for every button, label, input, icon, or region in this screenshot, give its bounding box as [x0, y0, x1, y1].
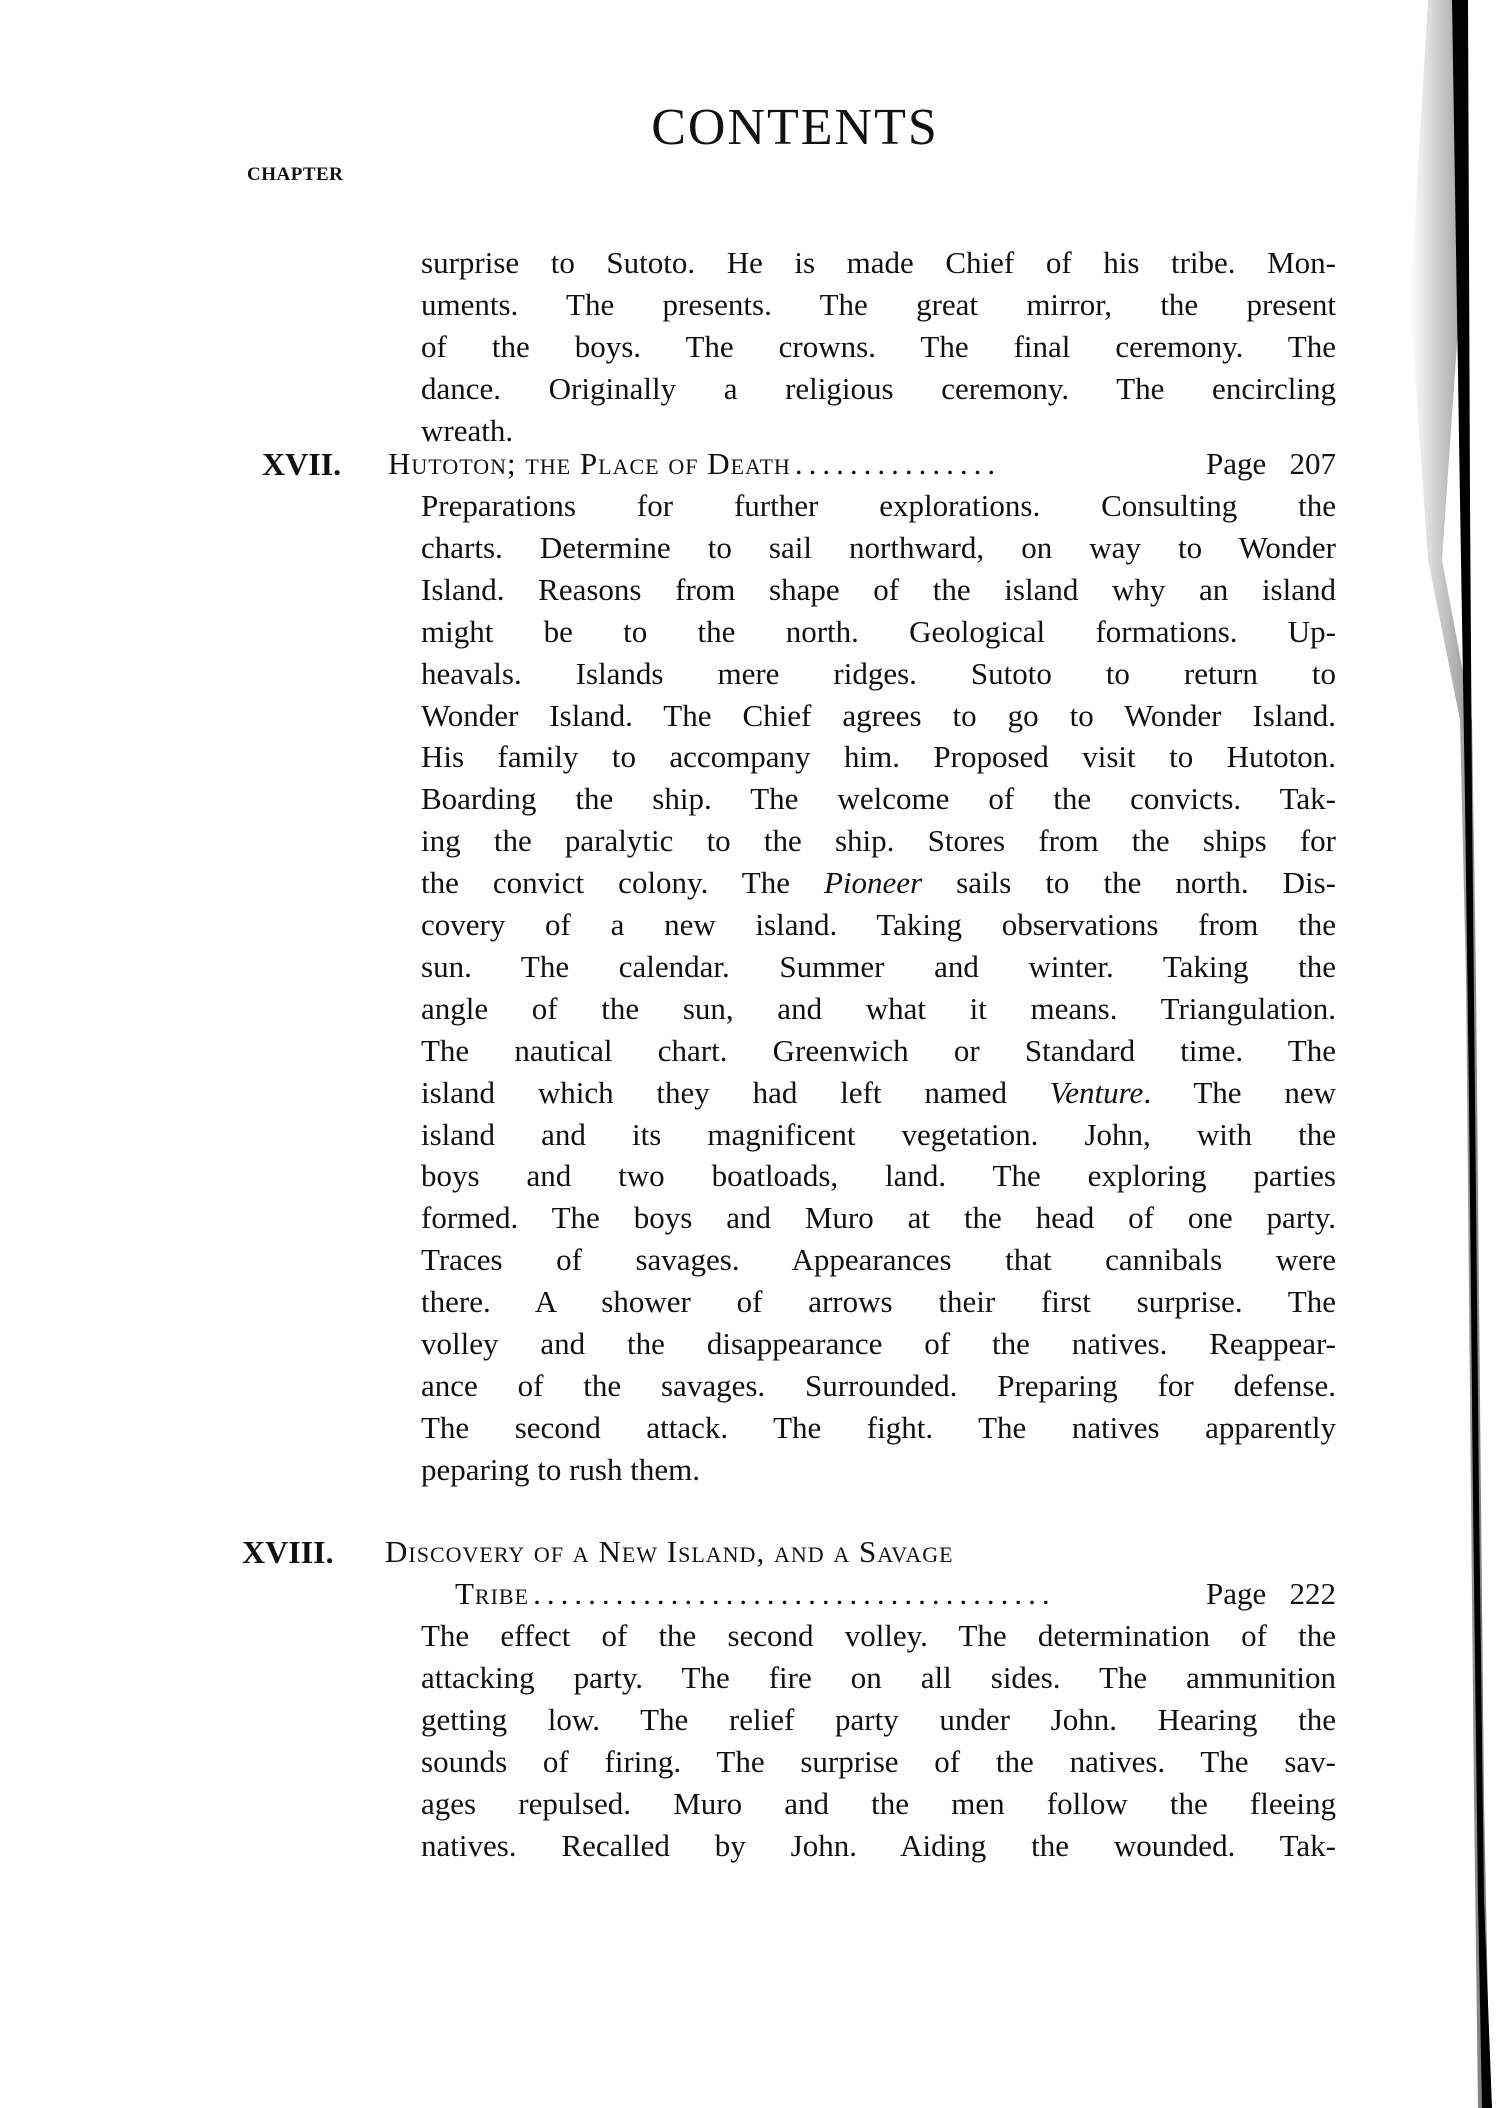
summary-line: ing the paralytic to the ship. Stores fr…: [421, 820, 1336, 862]
summary-line: Traces of savages. Appearances that cann…: [421, 1239, 1336, 1281]
chapter-numeral: XVIII.: [242, 1531, 334, 1573]
chapter-title: Hutoton; the Place of Death: [388, 443, 791, 485]
summary-line: Island. Reasons from shape of the island…: [421, 569, 1336, 611]
binding-shadow: [1380, 0, 1510, 2108]
summary-line: Boarding the ship. The welcome of the co…: [421, 778, 1336, 820]
summary-line: dance. Originally a religious ceremony. …: [421, 368, 1336, 410]
summary-line: charts. Determine to sail northward, on …: [421, 527, 1336, 569]
summary-line: The second attack. The fight. The native…: [421, 1407, 1336, 1449]
chapter-column-label: CHAPTER: [247, 163, 343, 187]
summary-line: formed. The boys and Muro at the head of…: [421, 1197, 1336, 1239]
dot-leader: ......................................: [533, 1573, 1202, 1615]
summary-line: volley and the disappearance of the nati…: [421, 1323, 1336, 1365]
chapter-heading-line-1: Discovery of a New Island, and a Savage: [385, 1531, 1285, 1573]
summary-line: ages repulsed. Muro and the men follow t…: [421, 1783, 1336, 1825]
chapter-heading-line-2: Tribe ..................................…: [455, 1573, 1336, 1615]
summary-line: Preparations for further explorations. C…: [421, 485, 1336, 527]
summary-line: sounds of firing. The surprise of the na…: [421, 1741, 1336, 1783]
summary-line: The nautical chart. Greenwich or Standar…: [421, 1030, 1336, 1072]
italic-ship-name: Venture: [1050, 1075, 1144, 1110]
page-number: 207: [1290, 446, 1337, 481]
summary-line: His family to accompany him. Proposed vi…: [421, 736, 1336, 778]
page-number: 222: [1290, 1576, 1337, 1611]
summary-line: there. A shower of arrows their first su…: [421, 1281, 1336, 1323]
summary-line: peparing to rush them.: [421, 1449, 1336, 1491]
summary-line: natives. Recalled by John. Aiding the wo…: [421, 1825, 1336, 1867]
page-reference: Page 207: [1206, 443, 1336, 485]
chapter-heading: Hutoton; the Place of Death ............…: [388, 443, 1336, 485]
chapter-title-continued: Tribe: [455, 1573, 529, 1615]
summary-line: might be to the north. Geological format…: [421, 611, 1336, 653]
summary-line: Wonder Island. The Chief agrees to go to…: [421, 695, 1336, 737]
page-reference: Page 222: [1206, 1573, 1336, 1615]
summary-line: covery of a new island. Taking observati…: [421, 904, 1336, 946]
summary-line: island which they had left named Venture…: [421, 1072, 1336, 1114]
summary-line: getting low. The relief party under John…: [421, 1699, 1336, 1741]
summary-line: sun. The calendar. Summer and winter. Ta…: [421, 946, 1336, 988]
summary-line: island and its magnificent vegetation. J…: [421, 1114, 1336, 1156]
summary-line: of the boys. The crowns. The final cerem…: [421, 326, 1336, 368]
italic-ship-name: Pioneer: [824, 865, 922, 900]
summary-line: heavals. Islands mere ridges. Sutoto to …: [421, 653, 1336, 695]
dot-leader: ...............: [795, 443, 1202, 485]
summary-line: boys and two boatloads, land. The explor…: [421, 1155, 1336, 1197]
summary-line: the convict colony. The Pioneer sails to…: [421, 862, 1336, 904]
page-label: Page: [1206, 1576, 1266, 1611]
summary-line: ance of the savages. Surrounded. Prepari…: [421, 1365, 1336, 1407]
summary-line: attacking party. The fire on all sides. …: [421, 1657, 1336, 1699]
page-label: Page: [1206, 446, 1266, 481]
page-title: CONTENTS: [0, 98, 1510, 158]
summary-line: angle of the sun, and what it means. Tri…: [421, 988, 1336, 1030]
chapter-numeral: XVII.: [262, 443, 341, 485]
summary-line: The effect of the second volley. The det…: [421, 1615, 1336, 1657]
chapter-title: Discovery of a New Island, and a Savage: [385, 1531, 954, 1573]
summary-line: uments. The presents. The great mirror, …: [421, 284, 1336, 326]
summary-line: surprise to Sutoto. He is made Chief of …: [421, 242, 1336, 284]
